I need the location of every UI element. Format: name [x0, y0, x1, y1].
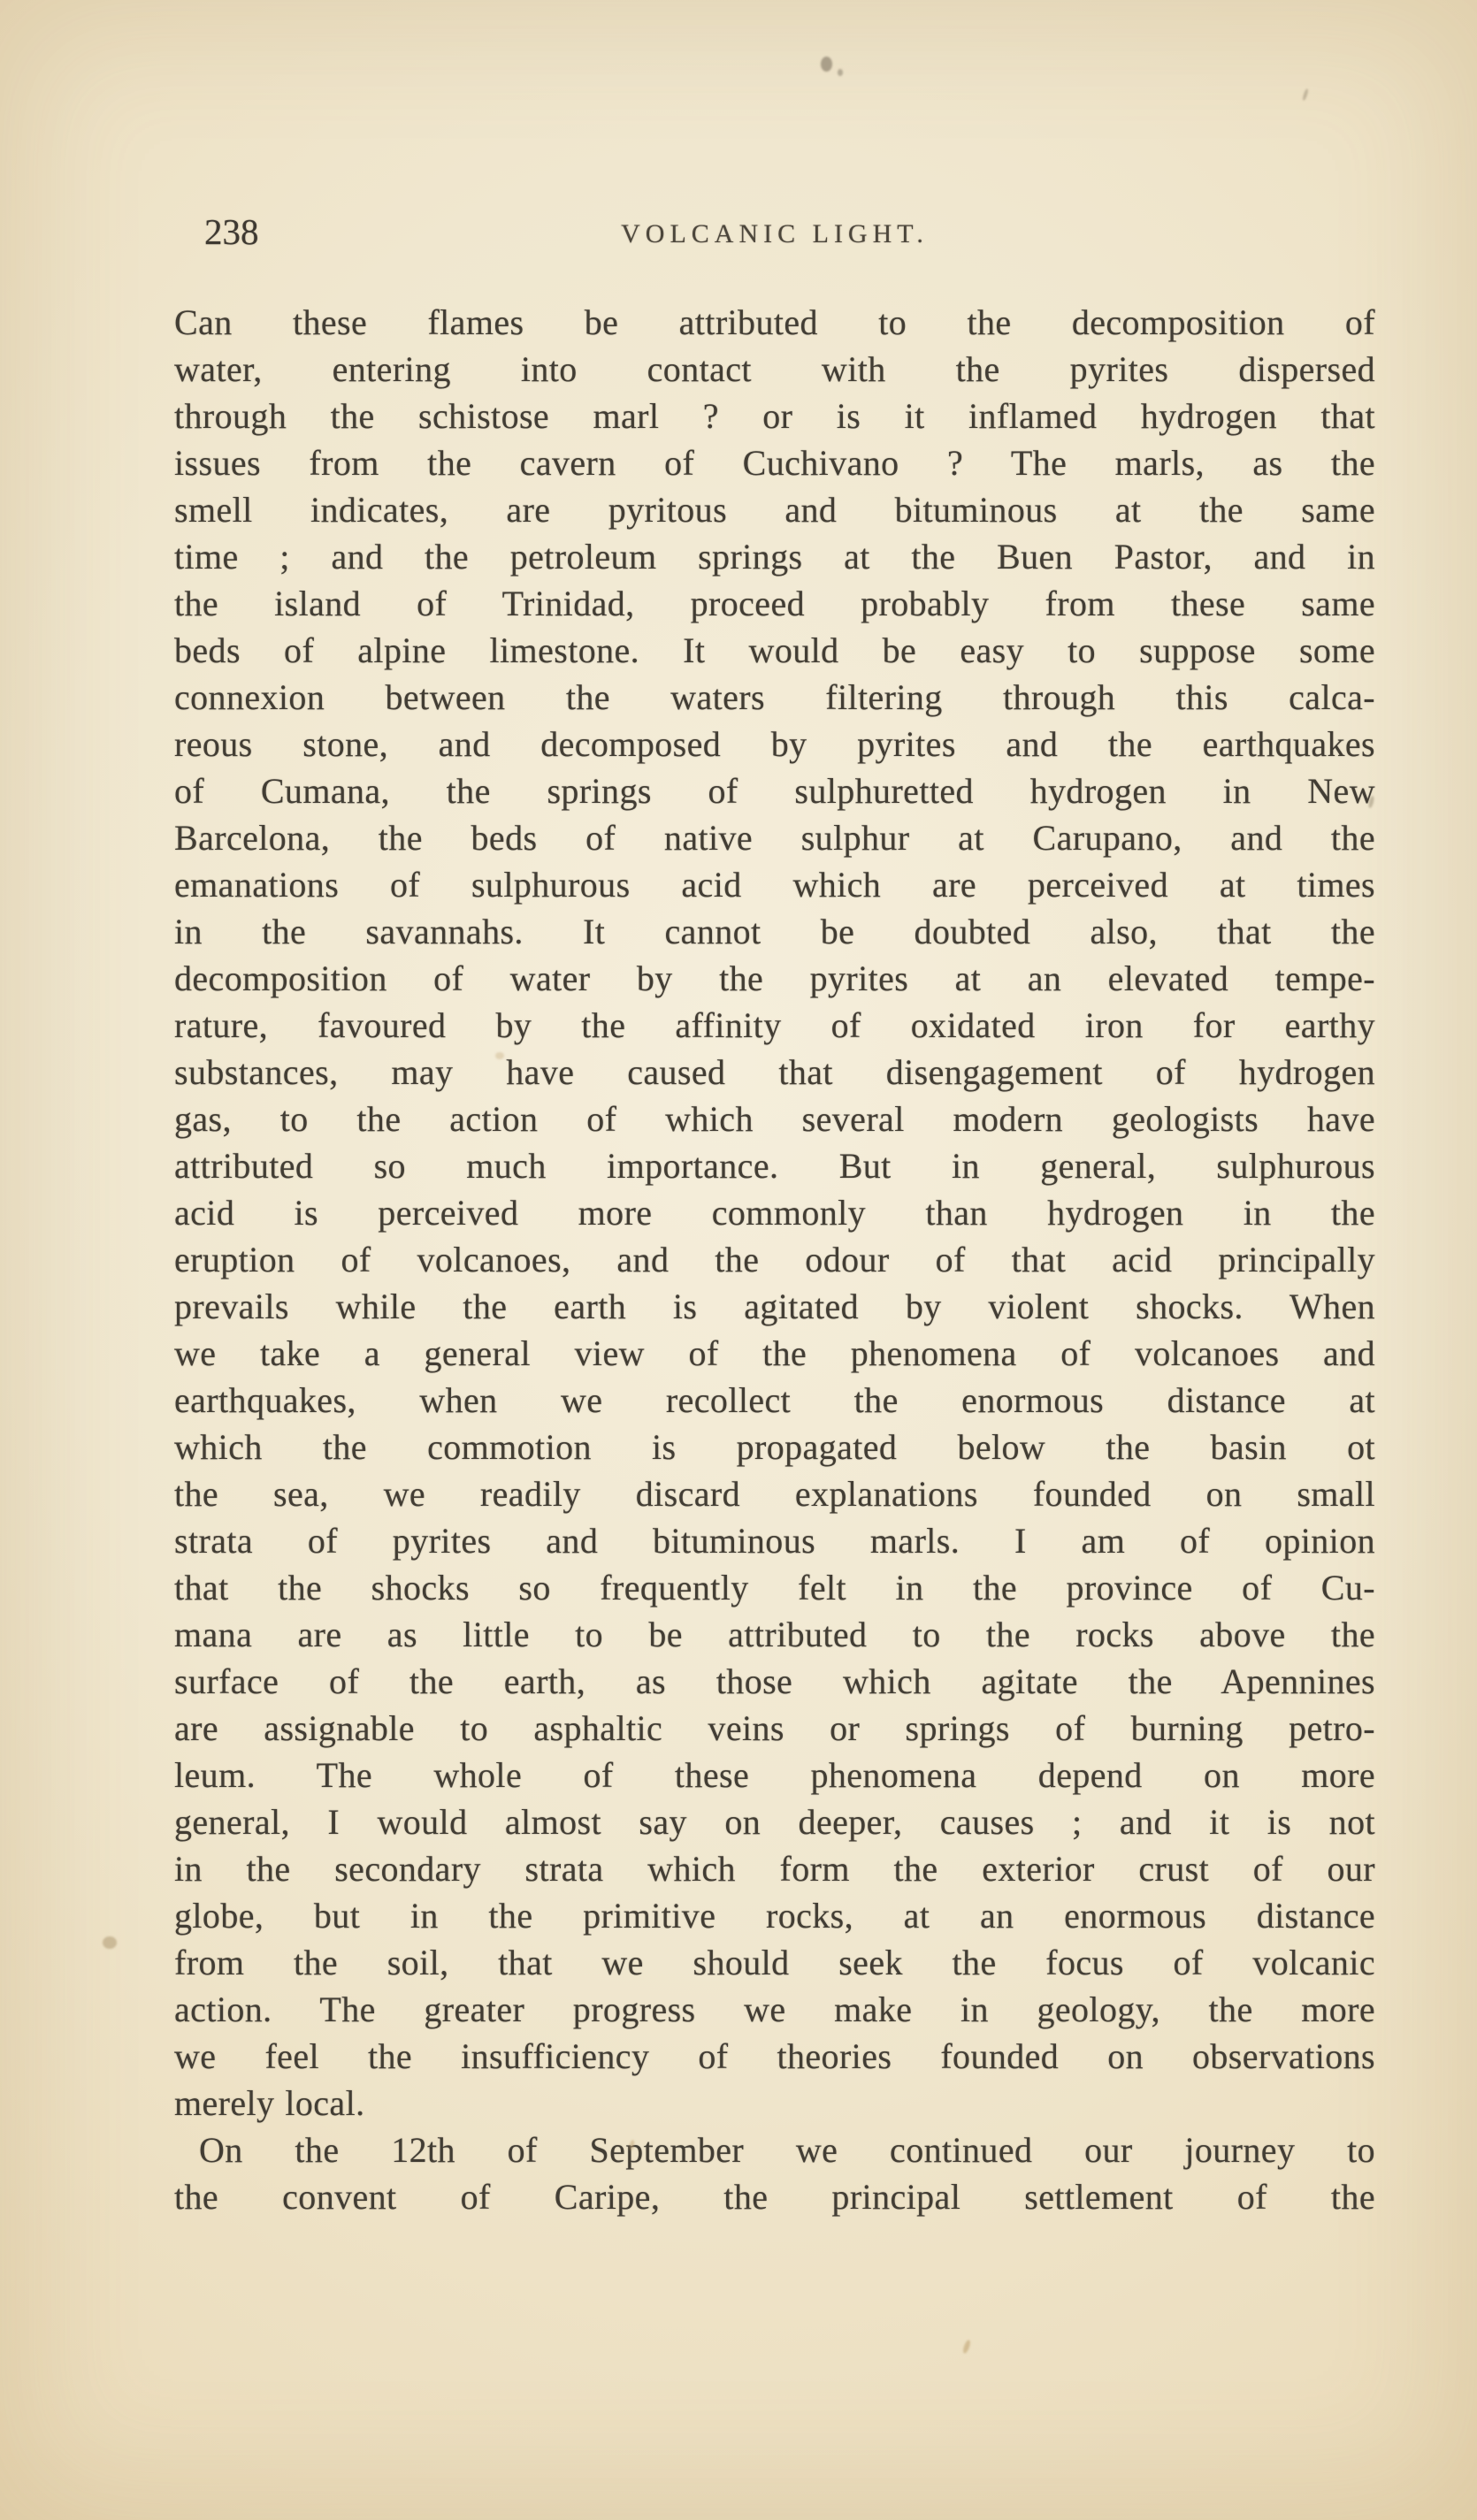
text-line: the island of Trinidad, proceed probably…	[174, 580, 1375, 627]
text-line: acid is perceived more commonly than hyd…	[174, 1189, 1375, 1236]
text-line: rature, favoured by the affinity of oxid…	[174, 1002, 1375, 1049]
text-line: action. The greater progress we make in …	[174, 1986, 1375, 2033]
paper-speck	[103, 1936, 117, 1949]
text-line: beds of alpine limestone. It would be ea…	[174, 627, 1375, 674]
text-line: strata of pyrites and bituminous marls. …	[174, 1517, 1375, 1564]
text-line: connexion between the waters filtering t…	[174, 674, 1375, 721]
text-line: Can these flames be attributed to the de…	[174, 299, 1375, 346]
paper-speck	[495, 1052, 504, 1059]
text-line: of Cumana, the springs of sulphuretted h…	[174, 767, 1375, 814]
text-line: we feel the insufficiency of theories fo…	[174, 2033, 1375, 2080]
text-line: in the secondary strata which form the e…	[174, 1845, 1375, 1892]
text-line: prevails while the earth is agitated by …	[174, 1283, 1375, 1330]
text-line: that the shocks so frequently felt in th…	[174, 1564, 1375, 1611]
text-line: On the 12th of September we continued ou…	[174, 2127, 1375, 2173]
paper-speck	[821, 57, 832, 72]
text-line: which the commotion is propagated below …	[174, 1424, 1375, 1470]
body-text: Can these flames be attributed to the de…	[174, 299, 1375, 2220]
text-line: in the savannahs. It cannot be doubted a…	[174, 908, 1375, 955]
text-line: water, entering into contact with the py…	[174, 346, 1375, 393]
text-line: smell indicates, are pyritous and bitumi…	[174, 486, 1375, 533]
text-line: from the soil, that we should seek the f…	[174, 1939, 1375, 1986]
text-line: through the schistose marl ? or is it in…	[174, 393, 1375, 439]
text-line: surface of the earth, as those which agi…	[174, 1658, 1375, 1705]
text-line: the sea, we readily discard explanations…	[174, 1470, 1375, 1517]
text-line: the convent of Caripe, the principal set…	[174, 2173, 1375, 2220]
text-line: globe, but in the primitive rocks, at an…	[174, 1892, 1375, 1939]
text-line: emanations of sulphurous acid which are …	[174, 861, 1375, 908]
page-header: 238 VOLCANIC LIGHT.	[174, 210, 1375, 260]
paper-speck	[1302, 88, 1309, 102]
paper-speck	[961, 2339, 971, 2354]
text-line: merely local.	[174, 2080, 1375, 2127]
text-line: substances, may have caused that disenga…	[174, 1049, 1375, 1096]
text-line: we take a general view of the phenomena …	[174, 1330, 1375, 1377]
text-line: Barcelona, the beds of native sulphur at…	[174, 814, 1375, 861]
text-line: issues from the cavern of Cuchivano ? Th…	[174, 439, 1375, 486]
text-line: reous stone, and decomposed by pyrites a…	[174, 721, 1375, 767]
text-line: time ; and the petroleum springs at the …	[174, 533, 1375, 580]
text-line: attributed so much importance. But in ge…	[174, 1142, 1375, 1189]
text-line: eruption of volcanoes, and the odour of …	[174, 1236, 1375, 1283]
paper-speck	[838, 69, 843, 76]
text-line: general, I would almost say on deeper, c…	[174, 1798, 1375, 1845]
text-line: mana are as little to be attributed to t…	[174, 1611, 1375, 1658]
text-line: are assignable to asphaltic veins or spr…	[174, 1705, 1375, 1752]
text-line: decomposition of water by the pyrites at…	[174, 955, 1375, 1002]
text-line: earthquakes, when we recollect the enorm…	[174, 1377, 1375, 1424]
running-header: VOLCANIC LIGHT.	[174, 217, 1375, 252]
text-line: gas, to the action of which several mode…	[174, 1096, 1375, 1142]
book-page: 238 VOLCANIC LIGHT. Can these flames be …	[0, 0, 1477, 2520]
text-line: leum. The whole of these phenomena depen…	[174, 1752, 1375, 1798]
